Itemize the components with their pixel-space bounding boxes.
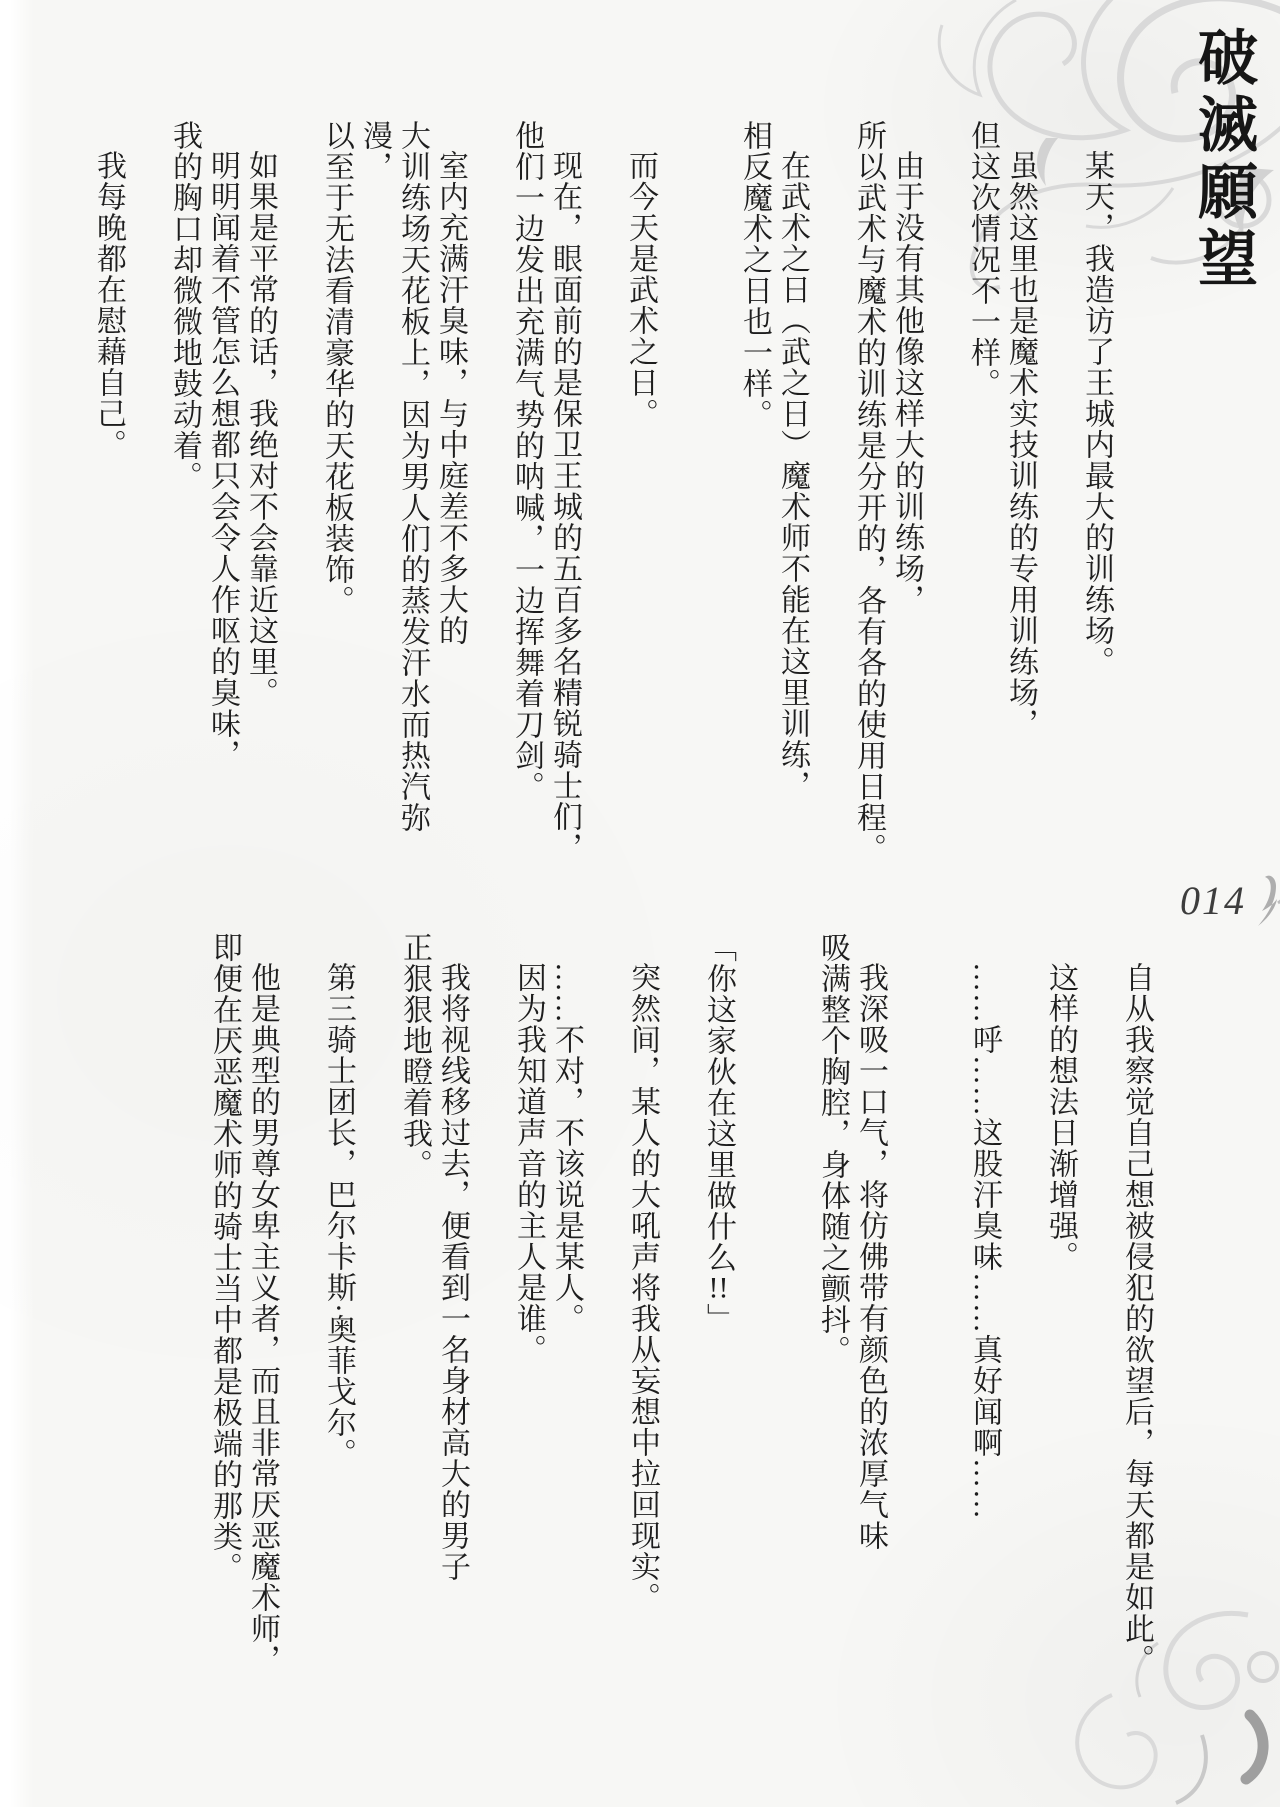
text-line: 某天，我造访了王城内最大的训练场。 bbox=[1077, 120, 1115, 876]
text-line: 现在，眼面前的是保卫王城的五百多名精锐骑士们， bbox=[545, 120, 583, 876]
page-number-area: 014 bbox=[1180, 872, 1280, 928]
text-block-top: 某天，我造访了王城内最大的训练场。虽然这里也是魔术实技训练的专用训练场，但这次情… bbox=[89, 120, 1115, 876]
text-line: 他们一边发出充满气势的呐喊，一边挥舞着刀剑。 bbox=[507, 120, 545, 876]
text-block-bottom: 自从我察觉自己想被侵犯的欲望后，每天都是如此。这样的想法日渐增强。……呼……这股… bbox=[205, 932, 1155, 1688]
text-line: 突然间，某人的大吼声将我从妄想中拉回现实。 bbox=[623, 932, 661, 1688]
double-exclamation: !! bbox=[702, 1273, 735, 1303]
text-line: 在武术之日（武之日）魔术师不能在这里训练， bbox=[773, 120, 811, 876]
novel-page: 破滅願望 014 某天，我造访了王城内最大的训练场。虽然这里也是魔术实技训练的专… bbox=[0, 0, 1280, 1807]
text-line: 所以武术与魔术的训练是分开的，各有各的使用日程。 bbox=[849, 120, 887, 876]
text-line: 室内充满汗臭味，与中庭差不多大的 bbox=[431, 120, 469, 876]
text-line: 但这次情况不一样。 bbox=[963, 120, 1001, 876]
text-line: 他是典型的男尊女卑主义者，而且非常厌恶魔术师， bbox=[243, 932, 281, 1688]
text-line: 因为我知道声音的主人是谁。 bbox=[509, 932, 547, 1688]
text-line: 吸满整个胸腔，身体随之颤抖。 bbox=[813, 932, 851, 1688]
text-line: 而今天是武术之日。 bbox=[621, 120, 659, 876]
text-line: 这样的想法日渐增强。 bbox=[1041, 932, 1079, 1688]
page-number: 014 bbox=[1180, 877, 1246, 924]
text-line: 明明闻着不管怎么想都只会令人作呕的臭味， bbox=[203, 120, 241, 876]
text-line: 「你这家伙在这里做什么!!」 bbox=[699, 932, 737, 1688]
text-line: 由于没有其他像这样大的训练场， bbox=[887, 120, 925, 876]
text-line: 以至于无法看清豪华的天花板装饰。 bbox=[317, 120, 355, 876]
text-line: ……呼……这股汗臭味……真好闻啊…… bbox=[965, 932, 1003, 1688]
text-line: 如果是平常的话，我绝对不会靠近这里。 bbox=[241, 120, 279, 876]
text-line: 正狠狠地瞪着我。 bbox=[395, 932, 433, 1688]
text-line: 即便在厌恶魔术师的骑士当中都是极端的那类。 bbox=[205, 932, 243, 1688]
page-number-ornament bbox=[1252, 872, 1280, 928]
text-line: 我的胸口却微微地鼓动着。 bbox=[165, 120, 203, 876]
text-line: 虽然这里也是魔术实技训练的专用训练场， bbox=[1001, 120, 1039, 876]
text-line: 我将视线移过去，便看到一名身材高大的男子 bbox=[433, 932, 471, 1688]
text-line: 我每晚都在慰藉自己。 bbox=[89, 120, 127, 876]
chapter-title: 破滅願望 bbox=[1180, 26, 1266, 294]
text-line: 我深吸一口气，将仿佛带有颜色的浓厚气味 bbox=[851, 932, 889, 1688]
text-line: 大训练场天花板上，因为男人们的蒸发汗水而热汽弥漫， bbox=[355, 120, 431, 876]
text-line: ……不对，不该说是某人。 bbox=[547, 932, 585, 1688]
text-line: 相反魔术之日也一样。 bbox=[735, 120, 773, 876]
text-line: 第三骑士团长，巴尔卡斯·奥菲戈尔。 bbox=[319, 932, 357, 1688]
text-line: 自从我察觉自己想被侵犯的欲望后，每天都是如此。 bbox=[1117, 932, 1155, 1688]
